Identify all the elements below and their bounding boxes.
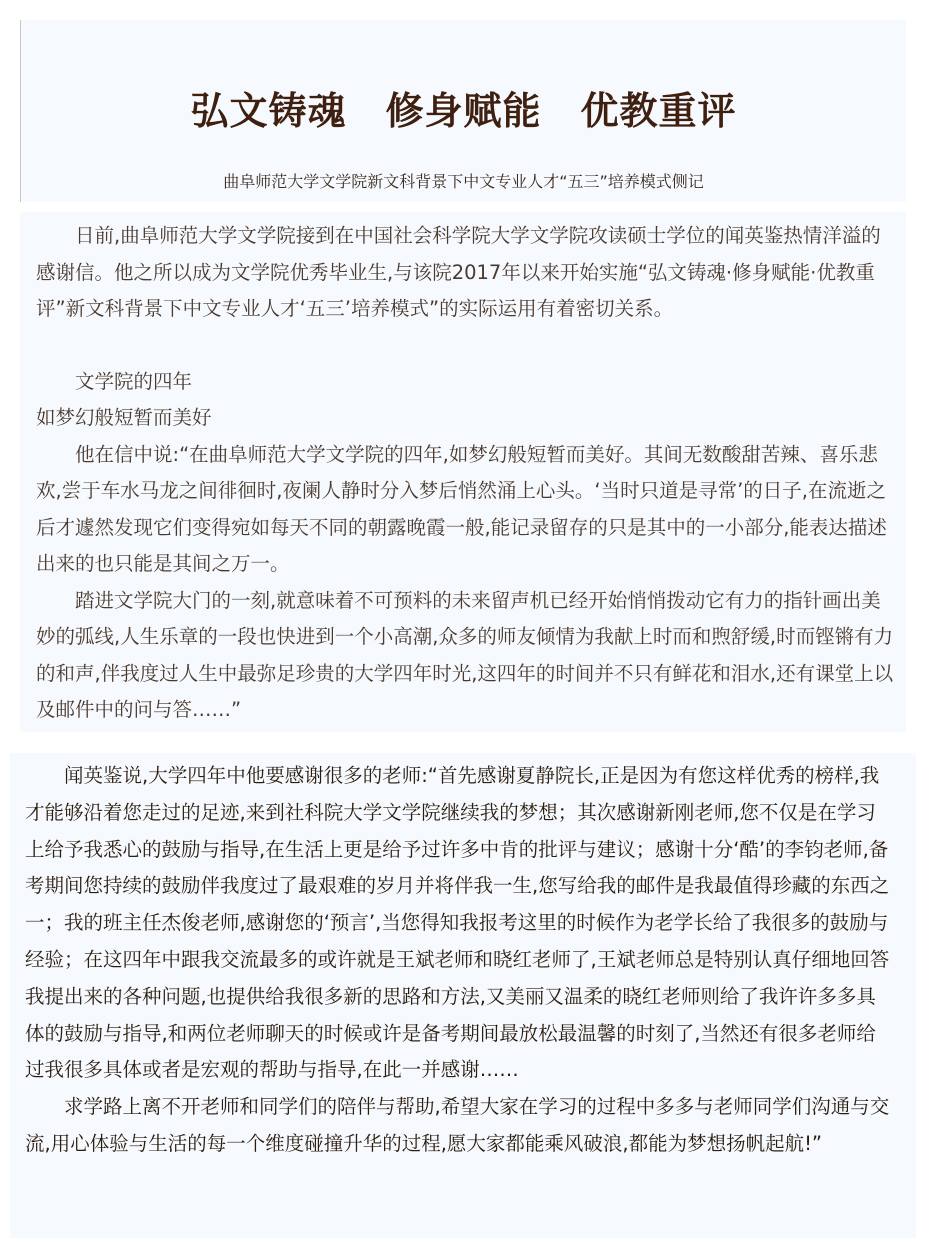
thanks-paragraph: 闻英鉴说,大学四年中他要感谢很多的老师:“首先感谢夏静院长,正是因为有您这样优秀… bbox=[25, 758, 892, 1089]
letter-paragraph: 他在信中说:“在曲阜师范大学文学院的四年,如梦幻般短暂而美好。其间无数酸甜苦辣、… bbox=[36, 437, 894, 583]
letter-paragraph: 踏进文学院大门的一刻,就意味着不可预料的未来留声机已经开始悄悄拨动它有力的指针画… bbox=[36, 583, 894, 729]
thanks-section: 闻英鉴说,大学四年中他要感谢很多的老师:“首先感谢夏静院长,正是因为有您这样优秀… bbox=[10, 753, 916, 1238]
article-title: 弘文铸魂 修身赋能 优教重评 bbox=[21, 86, 906, 136]
article-header: 弘文铸魂 修身赋能 优教重评 曲阜师范大学文学院新文科背景下中文专业人才“五三”… bbox=[20, 20, 906, 202]
section-heading-line1: 文学院的四年 bbox=[36, 364, 894, 401]
spacer bbox=[36, 328, 894, 364]
closing-paragraph: 求学路上离不开老师和同学们的陪伴与帮助,希望大家在学习的过程中多多与老师同学们沟… bbox=[25, 1089, 892, 1163]
intro-paragraph: 日前,曲阜师范大学文学院接到在中国社会科学院大学文学院攻读硕士学位的闻英鉴热情洋… bbox=[36, 218, 894, 328]
article-subtitle: 曲阜师范大学文学院新文科背景下中文专业人才“五三”培养模式侧记 bbox=[21, 170, 906, 194]
section-heading-line2: 如梦幻般短暂而美好 bbox=[36, 400, 894, 437]
intro-section: 日前,曲阜师范大学文学院接到在中国社会科学院大学文学院攻读硕士学位的闻英鉴热情洋… bbox=[20, 212, 906, 732]
